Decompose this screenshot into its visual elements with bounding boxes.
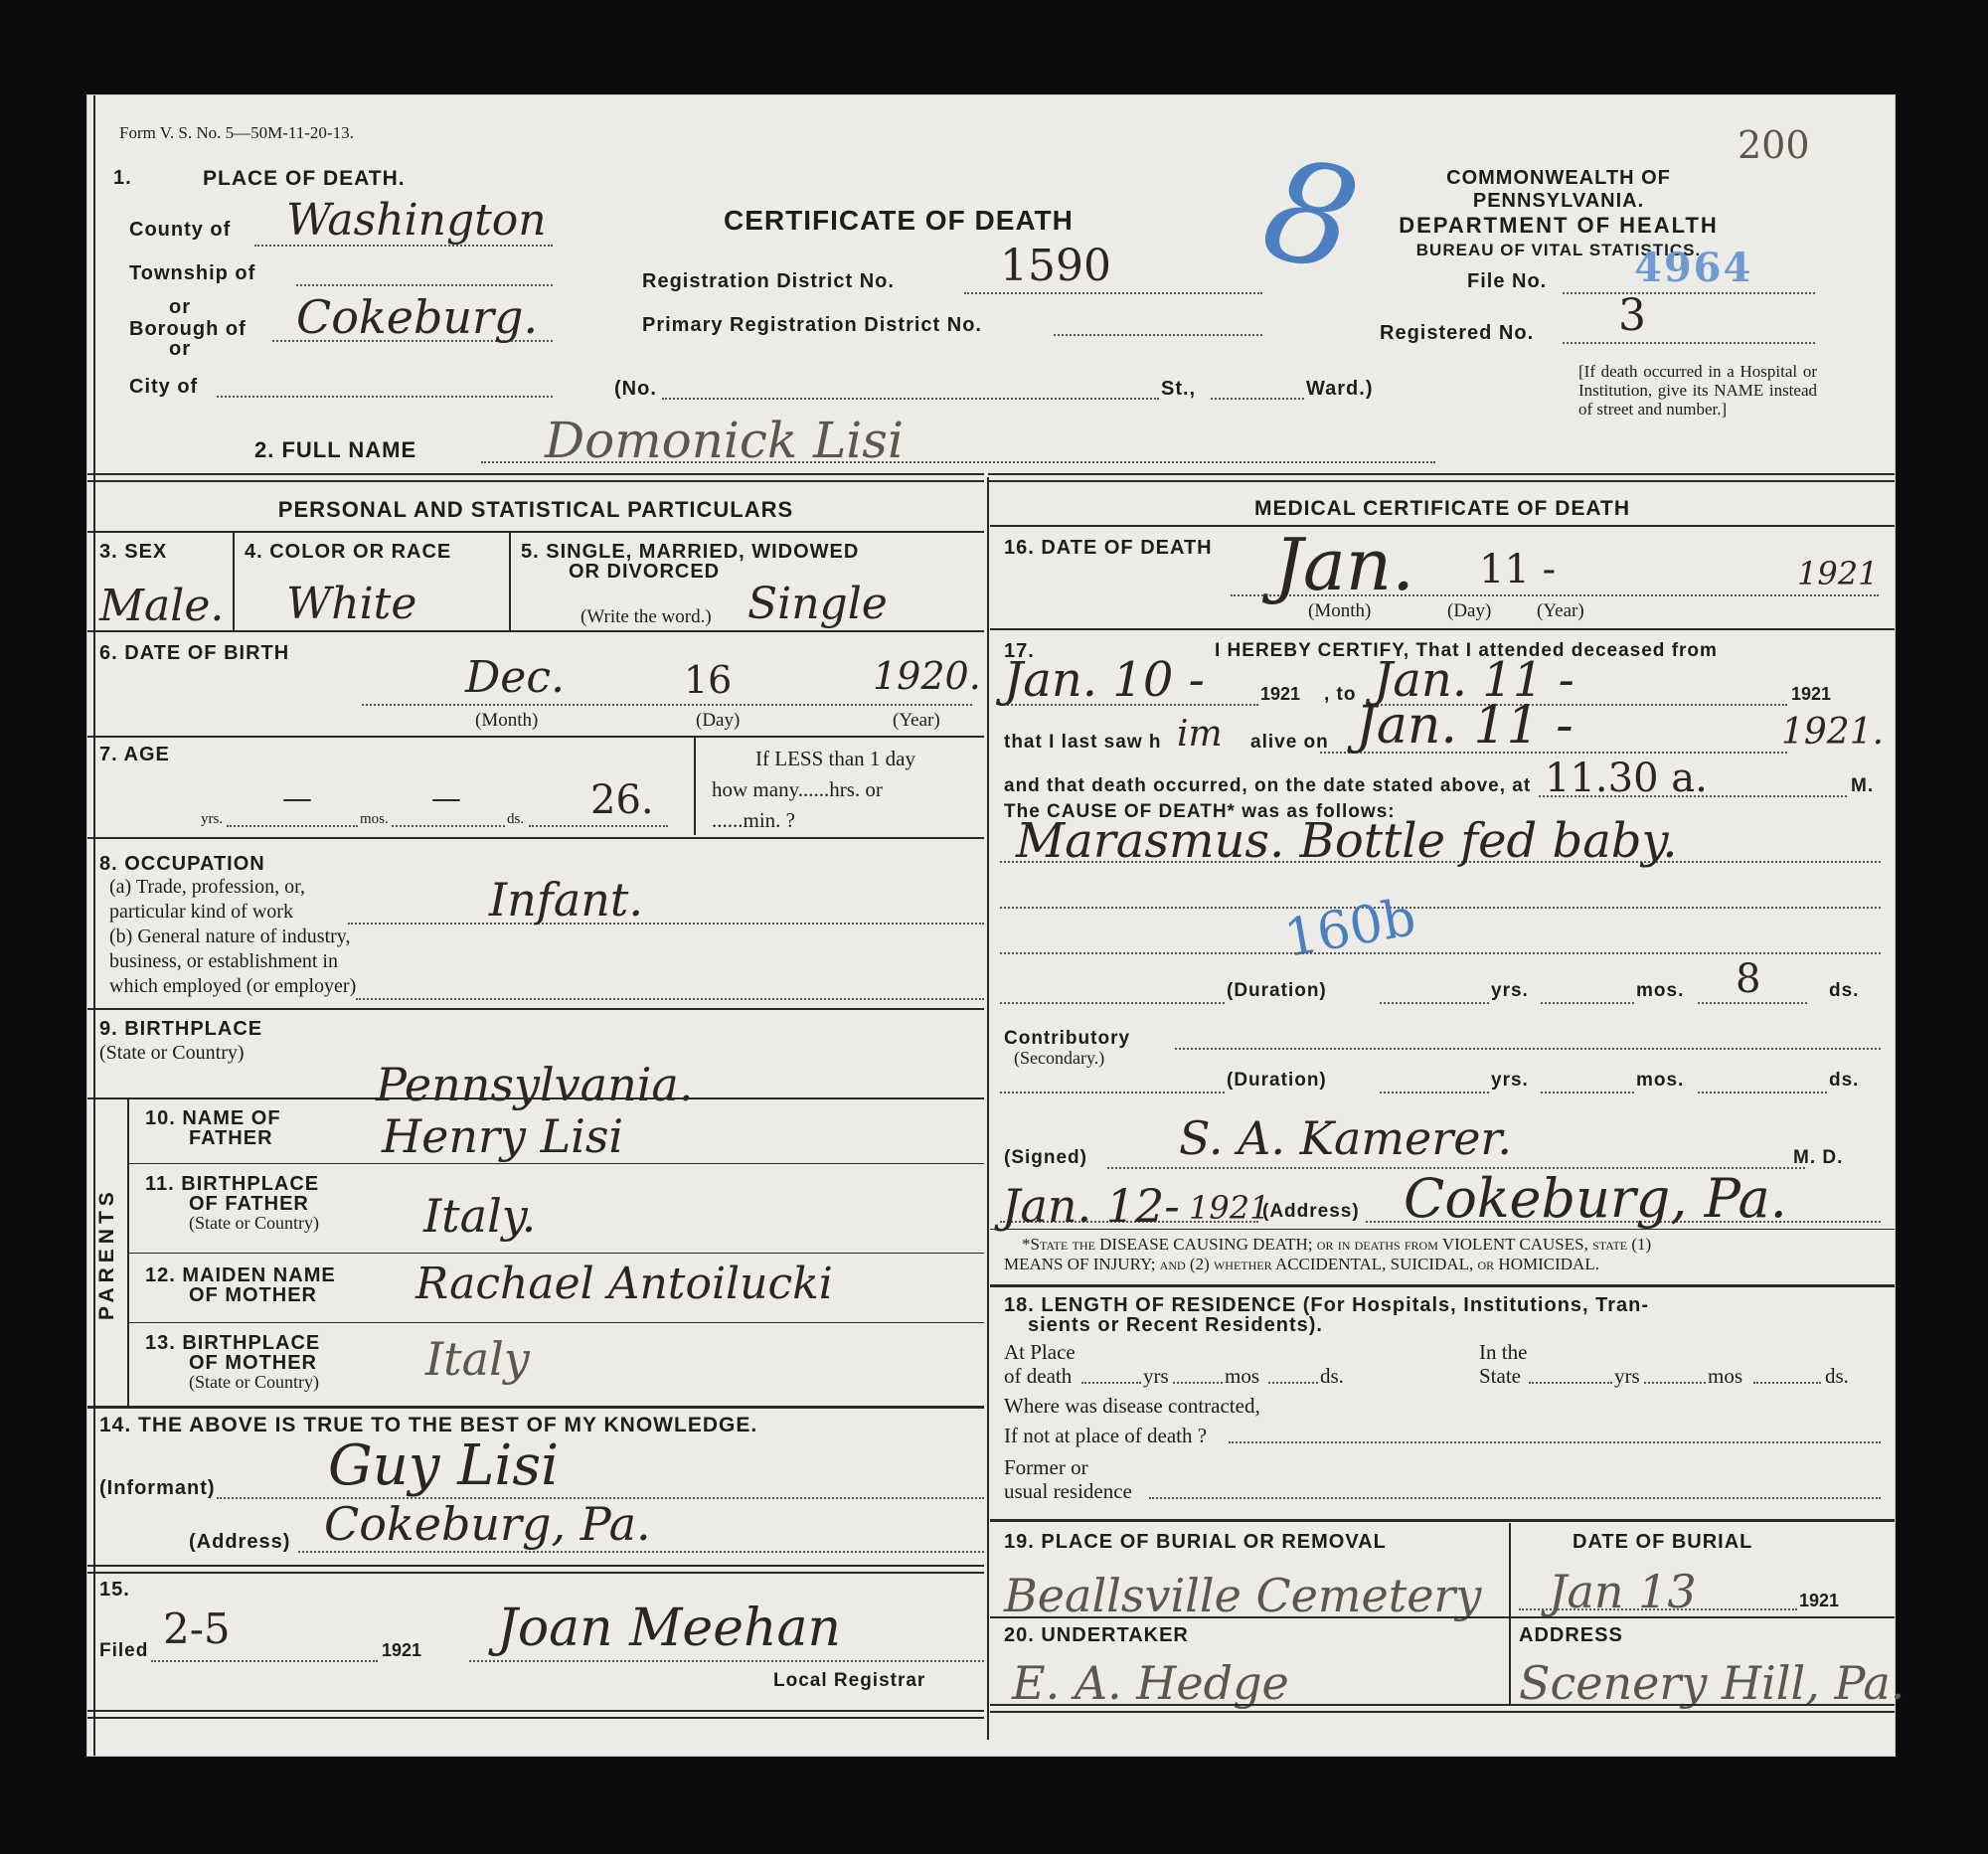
duration-label: (Duration) [1227,980,1327,1002]
sex-value[interactable]: Male. [99,581,224,631]
dob-day-caption: (Day) [696,710,740,732]
in-state-mos-field[interactable] [1644,1382,1706,1384]
filed-year-value[interactable]: 1921 [382,1640,421,1661]
date-of-death-year[interactable]: 1921 [1797,555,1878,592]
date-of-death-day[interactable]: 11 - [1479,547,1556,592]
informant-address-label: (Address) [189,1531,290,1554]
authority-department: DEPARTMENT OF HEALTH [1370,213,1747,239]
dod-year-caption: (Year) [1537,600,1584,622]
age-ds-value[interactable]: 26. [590,777,654,823]
sex-label: 3. SEX [99,541,167,564]
footnote-line1: *State the DISEASE CAUSING DEATH; or in … [1022,1235,1651,1255]
marital-hint: (Write the word.) [580,606,712,628]
md-label: M. D. [1793,1147,1843,1169]
township-label: Township of [129,262,255,285]
less-than-day-line3: ......min. ? [712,805,915,836]
death-certificate: Form V. S. No. 5—50M-11-20-13. 200 1. PL… [87,95,1895,1756]
birthplace-hint: (State or Country) [99,1042,245,1065]
signed-year[interactable]: 1921 [1189,1189,1269,1227]
informant-label: (Informant) [99,1477,216,1500]
contributory-mos-field[interactable] [1541,1092,1634,1094]
at-place-ds: ds. [1320,1364,1344,1389]
last-saw-year[interactable]: 1921. [1781,712,1884,753]
city-field[interactable] [217,396,553,398]
hospital-note: [If death occurred in a Hospital or Inst… [1578,362,1817,419]
burial-date-label: DATE OF BURIAL [1573,1531,1752,1554]
contributory-field[interactable] [1175,1048,1881,1050]
at-place-mos-field[interactable] [1173,1382,1223,1384]
mother-name-label-cont: OF MOTHER [189,1284,317,1307]
in-state-label: In the [1479,1340,1527,1365]
dob-label: 6. DATE OF BIRTH [99,642,289,665]
registration-district-label: Registration District No. [642,270,895,293]
occupation-b-text: which employed (or employer) [109,974,356,999]
residence-heading-cont: sients or Recent Residents). [1028,1314,1323,1337]
marital-label-cont: OR DIVORCED [569,561,720,584]
age-ds-caption: ds. [507,811,524,828]
street-field[interactable] [662,398,1159,400]
to-label: , to [1324,684,1357,706]
primary-registration-district-field[interactable] [1054,334,1262,336]
mother-name-value[interactable]: Rachael Antoilucki [415,1259,833,1309]
undertaker-label: 20. UNDERTAKER [1004,1624,1189,1647]
dob-month-caption: (Month) [475,710,538,732]
disease-contracted-label-cont: If not at place of death ? [1004,1424,1207,1448]
physician-signature[interactable]: S. A. Kamerer. [1179,1111,1512,1165]
death-time-value[interactable]: 11.30 a. [1545,756,1708,801]
mother-birthplace-value[interactable]: Italy [425,1332,530,1386]
authority-commonwealth: COMMONWEALTH OF PENNSYLVANIA. [1370,167,1747,213]
township-field[interactable] [296,284,553,286]
dod-month-caption: (Month) [1308,600,1371,622]
burial-date-value[interactable]: Jan 13 [1549,1565,1697,1618]
registrar-signature[interactable]: Joan Meehan [497,1599,841,1658]
file-number-label: File No. [1467,270,1547,293]
duration-ds-value[interactable]: 8 [1736,956,1760,1002]
in-state-mos: mos [1708,1364,1742,1389]
attended-from-date[interactable]: Jan. 10 - [1004,652,1205,708]
date-of-death-label: 16. DATE OF DEATH [1004,537,1213,560]
less-than-day-line2: how many......hrs. or [712,774,915,805]
race-label: 4. COLOR OR RACE [245,541,451,564]
contributory-mos-label: mos. [1636,1070,1684,1092]
registration-district-value[interactable]: 1590 [1000,241,1111,291]
at-place-label: At Place [1004,1340,1076,1365]
age-yrs-caption: yrs. [201,811,223,828]
occupation-b-text: (b) General nature of industry, [109,925,356,949]
father-name-value[interactable]: Henry Lisi [382,1109,623,1163]
father-birthplace-hint: (State or Country) [189,1213,319,1234]
parents-side-label: PARENTS [95,1201,119,1320]
disease-contracted-label: Where was disease contracted, [1004,1394,1260,1419]
occupation-a-text: particular kind of work [109,900,356,925]
informant-value[interactable]: Guy Lisi [328,1433,559,1498]
ward-label: Ward.) [1306,378,1373,401]
father-name-label-cont: FATHER [189,1127,273,1150]
former-residence-field[interactable] [1149,1497,1881,1499]
age-label: 7. AGE [99,744,170,766]
undertaker-address-label: ADDRESS [1519,1624,1623,1647]
in-state-ds: ds. [1825,1364,1849,1389]
county-value[interactable]: Washington [286,195,547,246]
cause-line-2[interactable] [1000,907,1881,909]
last-saw-pronoun[interactable]: im [1177,714,1223,755]
age-yrs-value[interactable]: — [282,781,312,816]
birthplace-value[interactable]: Pennsylvania. [376,1058,693,1111]
less-than-day-line1: If LESS than 1 day [712,744,915,774]
dob-month[interactable]: Dec. [465,652,565,703]
duration-ds-label: ds. [1829,980,1859,1002]
duration-mos-field[interactable] [1541,1002,1634,1004]
physician-address-value[interactable]: Cokeburg, Pa. [1404,1167,1787,1230]
duration-mos-label: mos. [1636,980,1684,1002]
at-place-label-cont: of death [1004,1364,1072,1389]
alive-on-label: alive on [1250,732,1329,754]
footnote-line2: MEANS OF INJURY; and (2) whether ACCIDEN… [1004,1255,1599,1274]
dob-day[interactable]: 16 [684,658,732,702]
burial-year-value[interactable]: 1921 [1799,1591,1839,1611]
county-label: County of [129,219,231,242]
last-saw-label: that I last saw h [1004,732,1161,754]
top-right-annotation: 200 [1738,123,1810,167]
at-place-mos: mos [1225,1364,1259,1389]
race-value[interactable]: White [286,579,416,629]
undertaker-address-value[interactable]: Scenery Hill, Pa. [1519,1656,1905,1710]
dob-year[interactable]: 1920. [873,654,981,698]
occupation-b-text: business, or establishment in [109,949,356,974]
cause-code-annotation: 160b [1280,888,1420,969]
street-label: St., [1161,378,1196,401]
in-state-yrs: yrs [1614,1364,1640,1389]
primary-registration-district-label: Primary Registration District No. [642,314,982,337]
place-of-death-heading: PLACE OF DEATH. [203,167,406,191]
disease-contracted-field[interactable] [1229,1441,1881,1443]
father-birthplace-value[interactable]: Italy. [423,1189,536,1243]
in-state-label-cont: State [1479,1364,1521,1389]
m-label: M. [1851,775,1874,797]
former-residence-label-cont: usual residence [1004,1479,1132,1504]
in-state-yrs-field[interactable] [1529,1382,1612,1384]
in-state-ds-field[interactable] [1753,1382,1821,1384]
mother-birthplace-hint: (State or Country) [189,1372,319,1393]
registered-number-value[interactable]: 3 [1618,290,1646,341]
blue-pencil-mark: 8 [1250,128,1371,305]
contributory-label: Contributory [1004,1028,1130,1050]
filed-date-value[interactable]: 2-5 [163,1604,231,1653]
form-number: Form V. S. No. 5—50M-11-20-13. [119,123,354,143]
filing-number: 15. [99,1579,130,1601]
personal-particulars-heading: PERSONAL AND STATISTICAL PARTICULARS [87,497,984,523]
occupation-value[interactable]: Infant. [489,873,643,927]
dob-year-caption: (Year) [893,710,940,732]
full-name-label: 2. FULL NAME [254,437,416,463]
signed-label: (Signed) [1004,1147,1087,1169]
birthplace-label: 9. BIRTHPLACE [99,1018,262,1041]
occupation-a-text: (a) Trade, profession, or, [109,875,356,900]
registered-number-label: Registered No. [1380,322,1534,345]
undertaker-value[interactable]: E. A. Hedge [1012,1656,1289,1710]
secondary-label: (Secondary.) [1014,1048,1104,1069]
burial-place-value[interactable]: Beallsville Cemetery [1004,1569,1481,1622]
registrar-label: Local Registrar [773,1670,925,1692]
age-mos-value[interactable]: — [431,781,461,816]
burial-place-label: 19. PLACE OF BURIAL OR REMOVAL [1004,1531,1387,1554]
cause-of-death-value[interactable]: Marasmus. Bottle fed baby. [1016,813,1678,869]
age-mos-caption: mos. [360,811,389,828]
file-number-stamp: 4964 [1634,245,1752,291]
informant-address-value[interactable]: Cokeburg, Pa. [324,1497,651,1551]
contributory-duration-label: (Duration) [1227,1070,1327,1092]
place-of-death-number: 1. [113,167,132,190]
filed-label: Filed [99,1640,148,1662]
duration-yrs-field[interactable] [1380,1002,1489,1004]
city-label: City of [129,376,198,399]
contributory-yrs-field[interactable] [1380,1092,1489,1094]
last-saw-date[interactable]: Jan. 11 - [1356,696,1574,756]
death-time-label: and that death occurred, on the date sta… [1004,775,1531,797]
contributory-ds-field[interactable] [1698,1092,1827,1094]
attended-to-year[interactable]: 1921 [1791,684,1831,705]
dod-day-caption: (Day) [1447,600,1491,622]
full-name-value[interactable]: Domonick Lisi [545,412,904,469]
at-place-yrs-field[interactable] [1081,1382,1141,1384]
duration-yrs-label: yrs. [1491,980,1529,1002]
medical-certificate-heading: MEDICAL CERTIFICATE OF DEATH [990,497,1895,521]
signed-date[interactable]: Jan. 12- [1002,1179,1180,1233]
date-of-death-month[interactable]: Jan. [1274,523,1414,606]
cause-line-3[interactable] [1000,952,1881,954]
or-label: or [169,338,191,361]
street-number-label: (No. [614,378,657,401]
contributory-ds-label: ds. [1829,1070,1859,1092]
at-place-yrs: yrs [1143,1364,1169,1389]
marital-value[interactable]: Single [747,579,888,629]
ward-field[interactable] [1211,398,1304,400]
attended-from-year[interactable]: 1921 [1260,684,1300,705]
at-place-ds-field[interactable] [1268,1382,1318,1384]
page-title: CERTIFICATE OF DEATH [724,205,1074,237]
physician-address-label: (Address) [1262,1201,1360,1223]
or-label: or [169,296,191,319]
borough-value[interactable]: Cokeburg. [296,290,538,344]
former-residence-label: Former or [1004,1455,1088,1480]
contributory-yrs-label: yrs. [1491,1070,1529,1092]
employer-field[interactable] [356,998,984,1000]
occupation-label: 8. OCCUPATION [99,853,265,876]
